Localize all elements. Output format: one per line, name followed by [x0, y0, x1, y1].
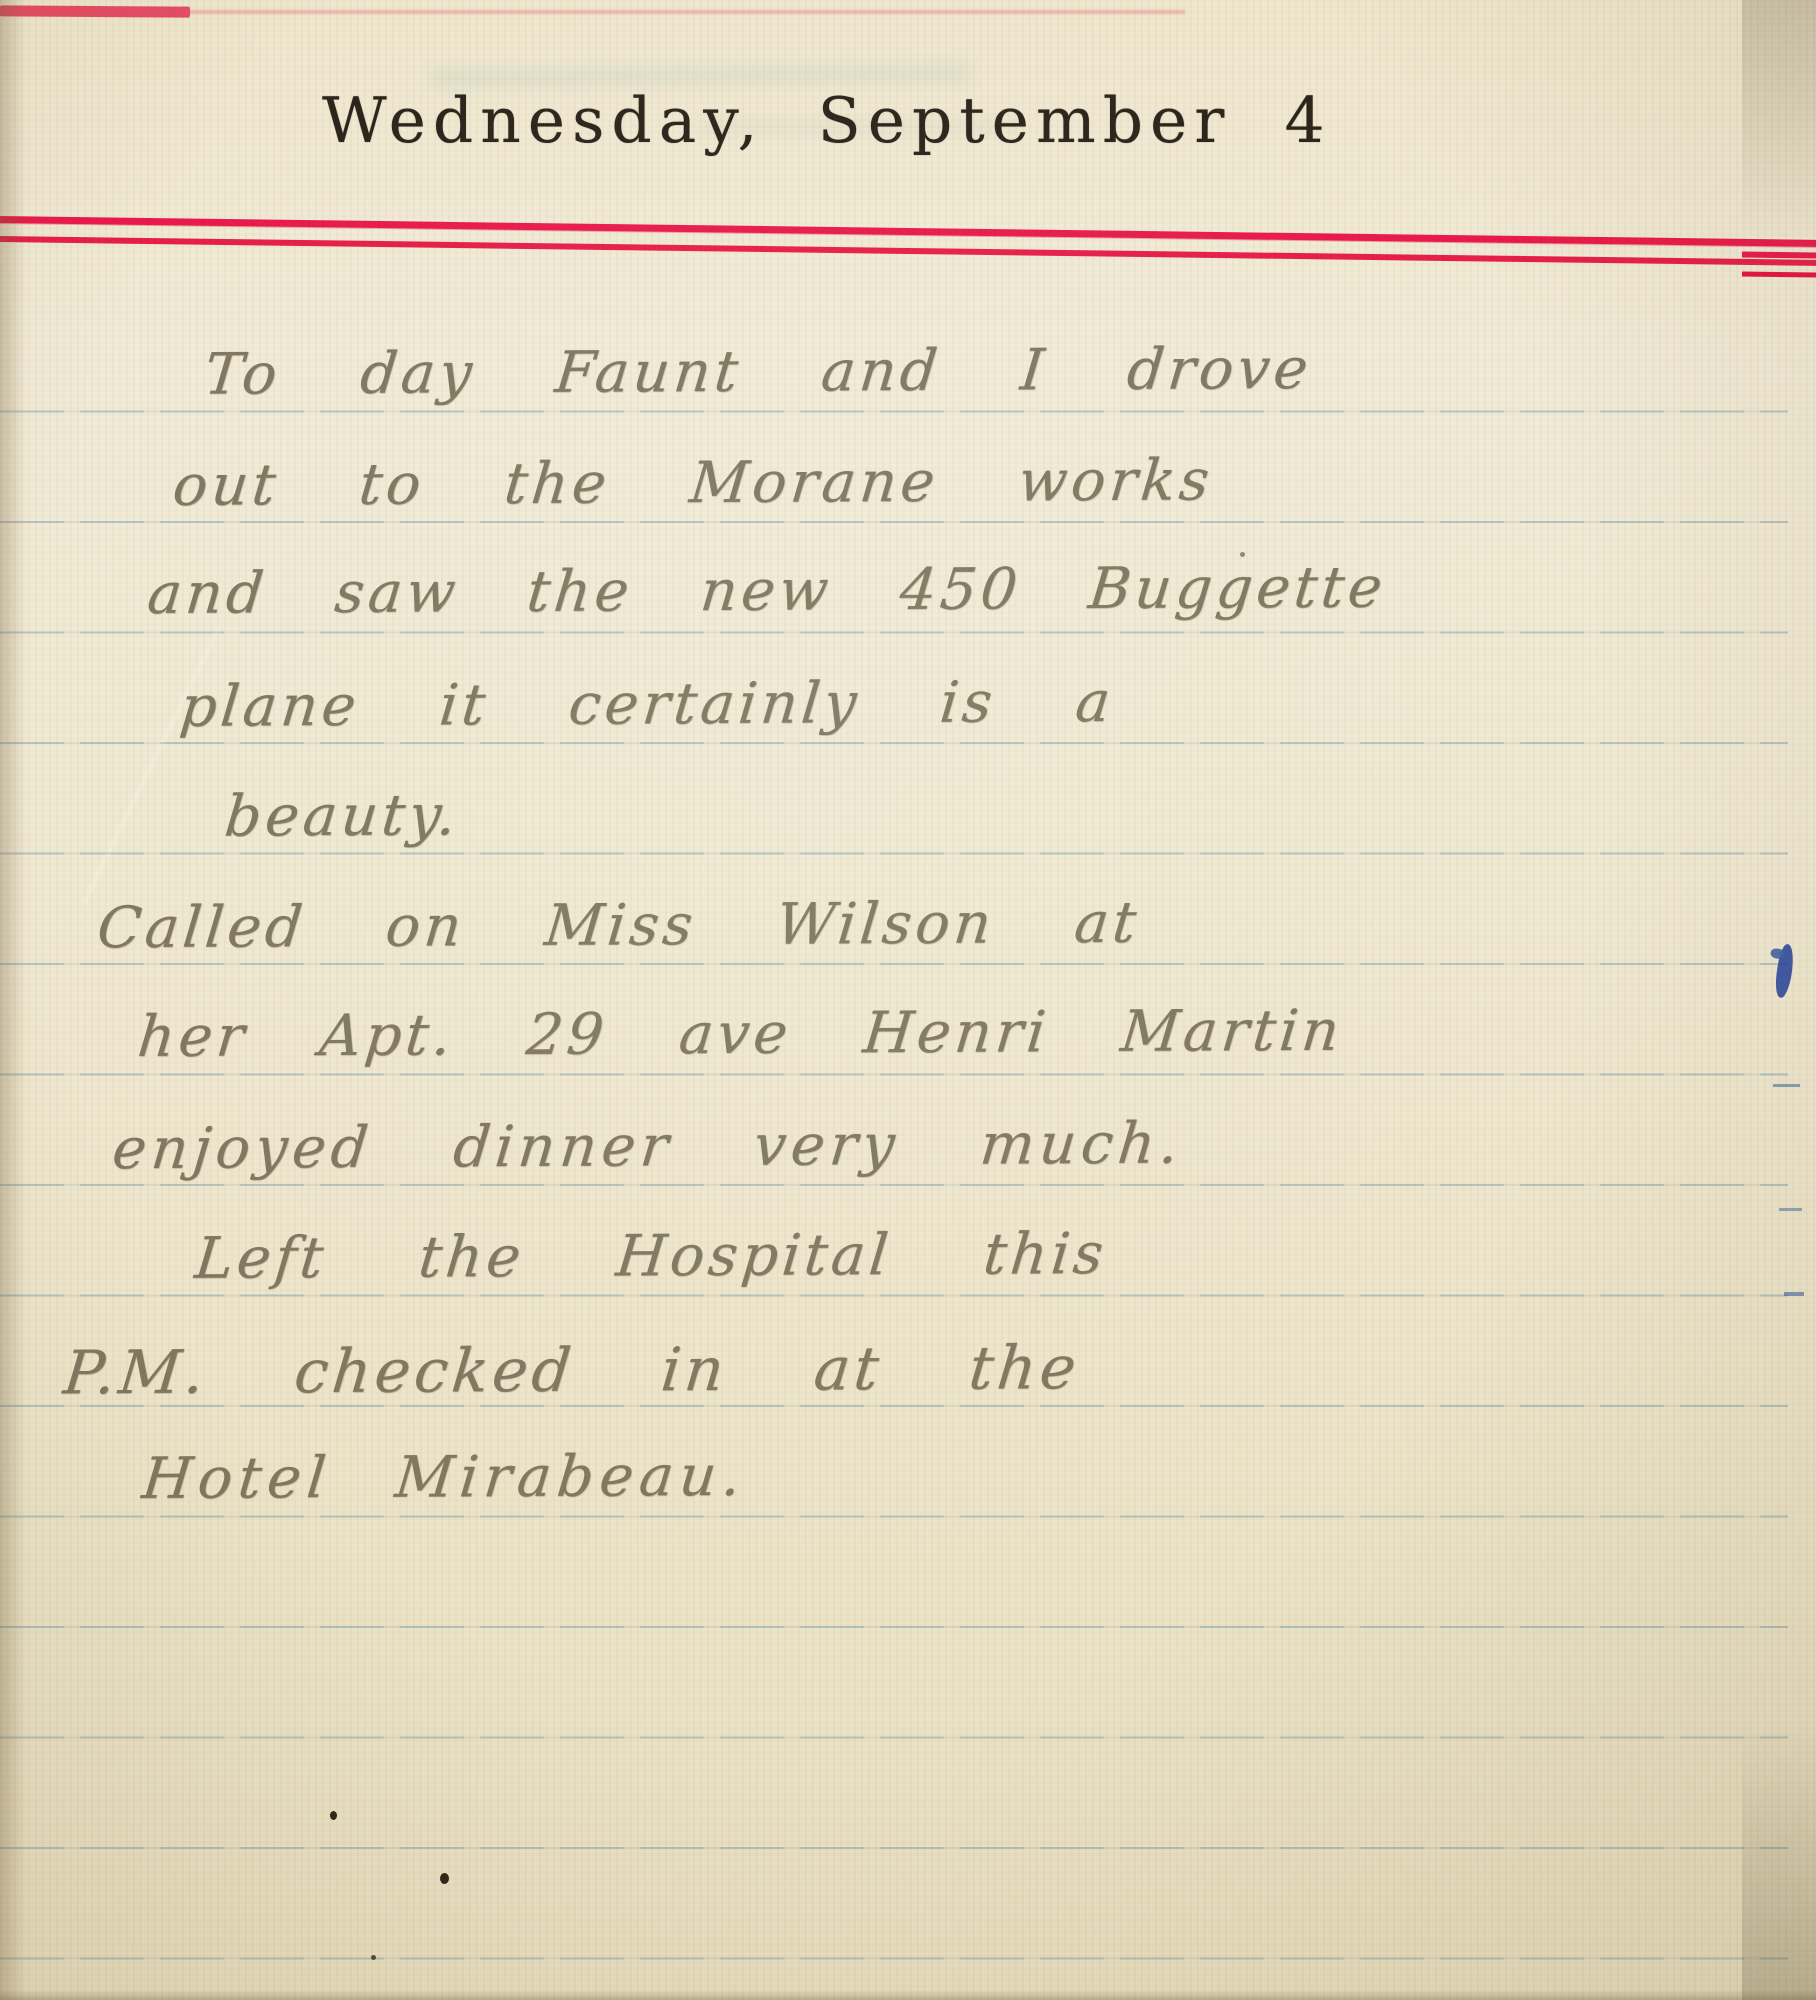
paper-speck	[330, 1811, 337, 1820]
entry-line: out to the Morane works	[170, 447, 1216, 518]
ink-mark	[1773, 1084, 1800, 1087]
paper-speck	[1240, 552, 1245, 557]
entry-line: Called on Miss Wilson at	[94, 890, 1143, 961]
ink-mark	[1784, 1292, 1804, 1296]
bottom-edge-shadow	[0, 1990, 1816, 2000]
entry-line: her Apt. 29 ave Henri Martin	[135, 998, 1346, 1070]
binding-shadow	[0, 0, 26, 2000]
entry-line: beauty.	[222, 782, 463, 849]
page-edge-shading	[1742, 0, 1816, 2000]
ink-mark	[1779, 1208, 1802, 1211]
entry-line: P.M. checked in at the	[60, 1333, 1083, 1408]
entry-line: enjoyed dinner very much.	[109, 1111, 1186, 1183]
paper-speck	[440, 1873, 449, 1884]
diary-page: Wednesday, September 4 To day Faunt and …	[0, 0, 1816, 2000]
red-rule-on-edges	[1742, 252, 1816, 259]
entry-line: plane it certainly is a	[177, 669, 1117, 740]
entry-line: Left the Hospital this	[192, 1221, 1110, 1292]
entry-line: Hotel Mirabeau.	[139, 1443, 749, 1512]
entry-line: and saw the new 450 Buggette	[145, 554, 1390, 627]
page-edge-stack	[1742, 0, 1816, 2000]
entry-line: To day Faunt and I drove	[201, 336, 1314, 408]
diary-entry: To day Faunt and I drove out to the Mora…	[0, 0, 1816, 2000]
red-rule-on-edges	[1742, 272, 1816, 278]
paper-speck	[371, 1955, 376, 1960]
